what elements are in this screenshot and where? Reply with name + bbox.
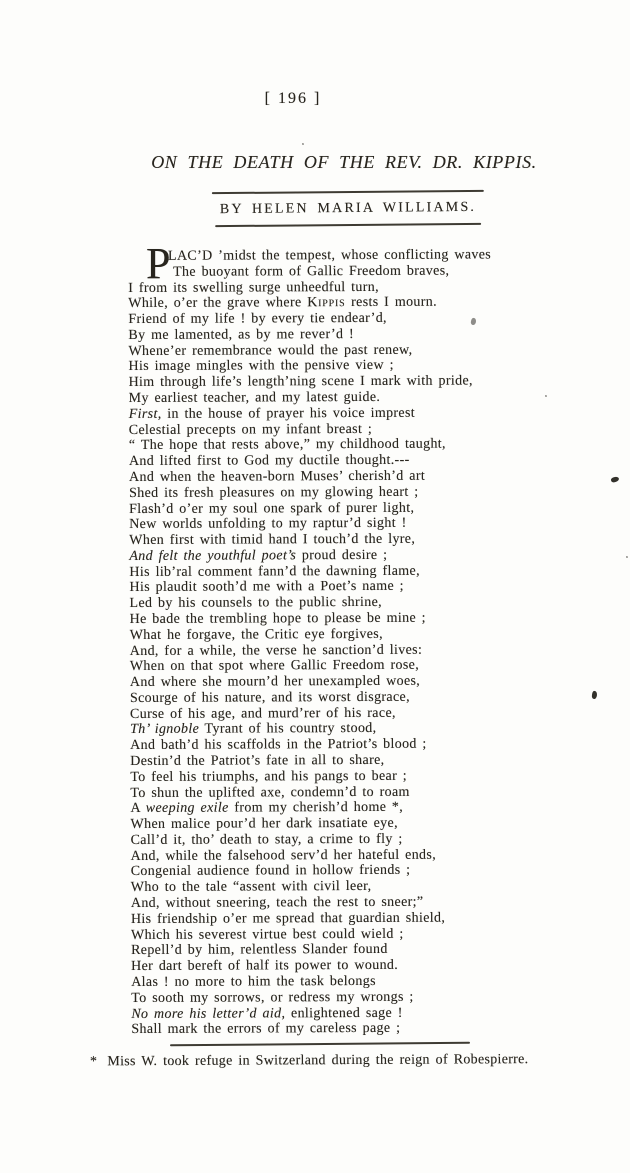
poem-body: LAC’D ’midst the tempest, whose conflict… [128,247,629,1038]
ink-speck [302,143,304,145]
page-title: ON THE DEATH OF THE REV. DR. KIPPIS. [60,152,628,173]
byline-rule-top [212,190,484,194]
poem-line: Shall mark the errors of my careless pag… [131,1020,629,1038]
footnote-marker: * [90,1054,97,1069]
ink-speck [626,556,628,558]
footnote-rule [170,1042,470,1047]
footnote: *Miss W. took refuge in Switzerland duri… [90,1052,620,1071]
page-number: [ 196 ] [0,90,586,108]
byline-block: BY HELEN MARIA WILLIAMS. [212,190,484,227]
footnote-text: Miss W. took refuge in Switzerland durin… [107,1052,528,1069]
byline-rule-bottom [215,223,481,227]
byline: BY HELEN MARIA WILLIAMS. [212,200,484,218]
ink-speck [545,395,547,397]
